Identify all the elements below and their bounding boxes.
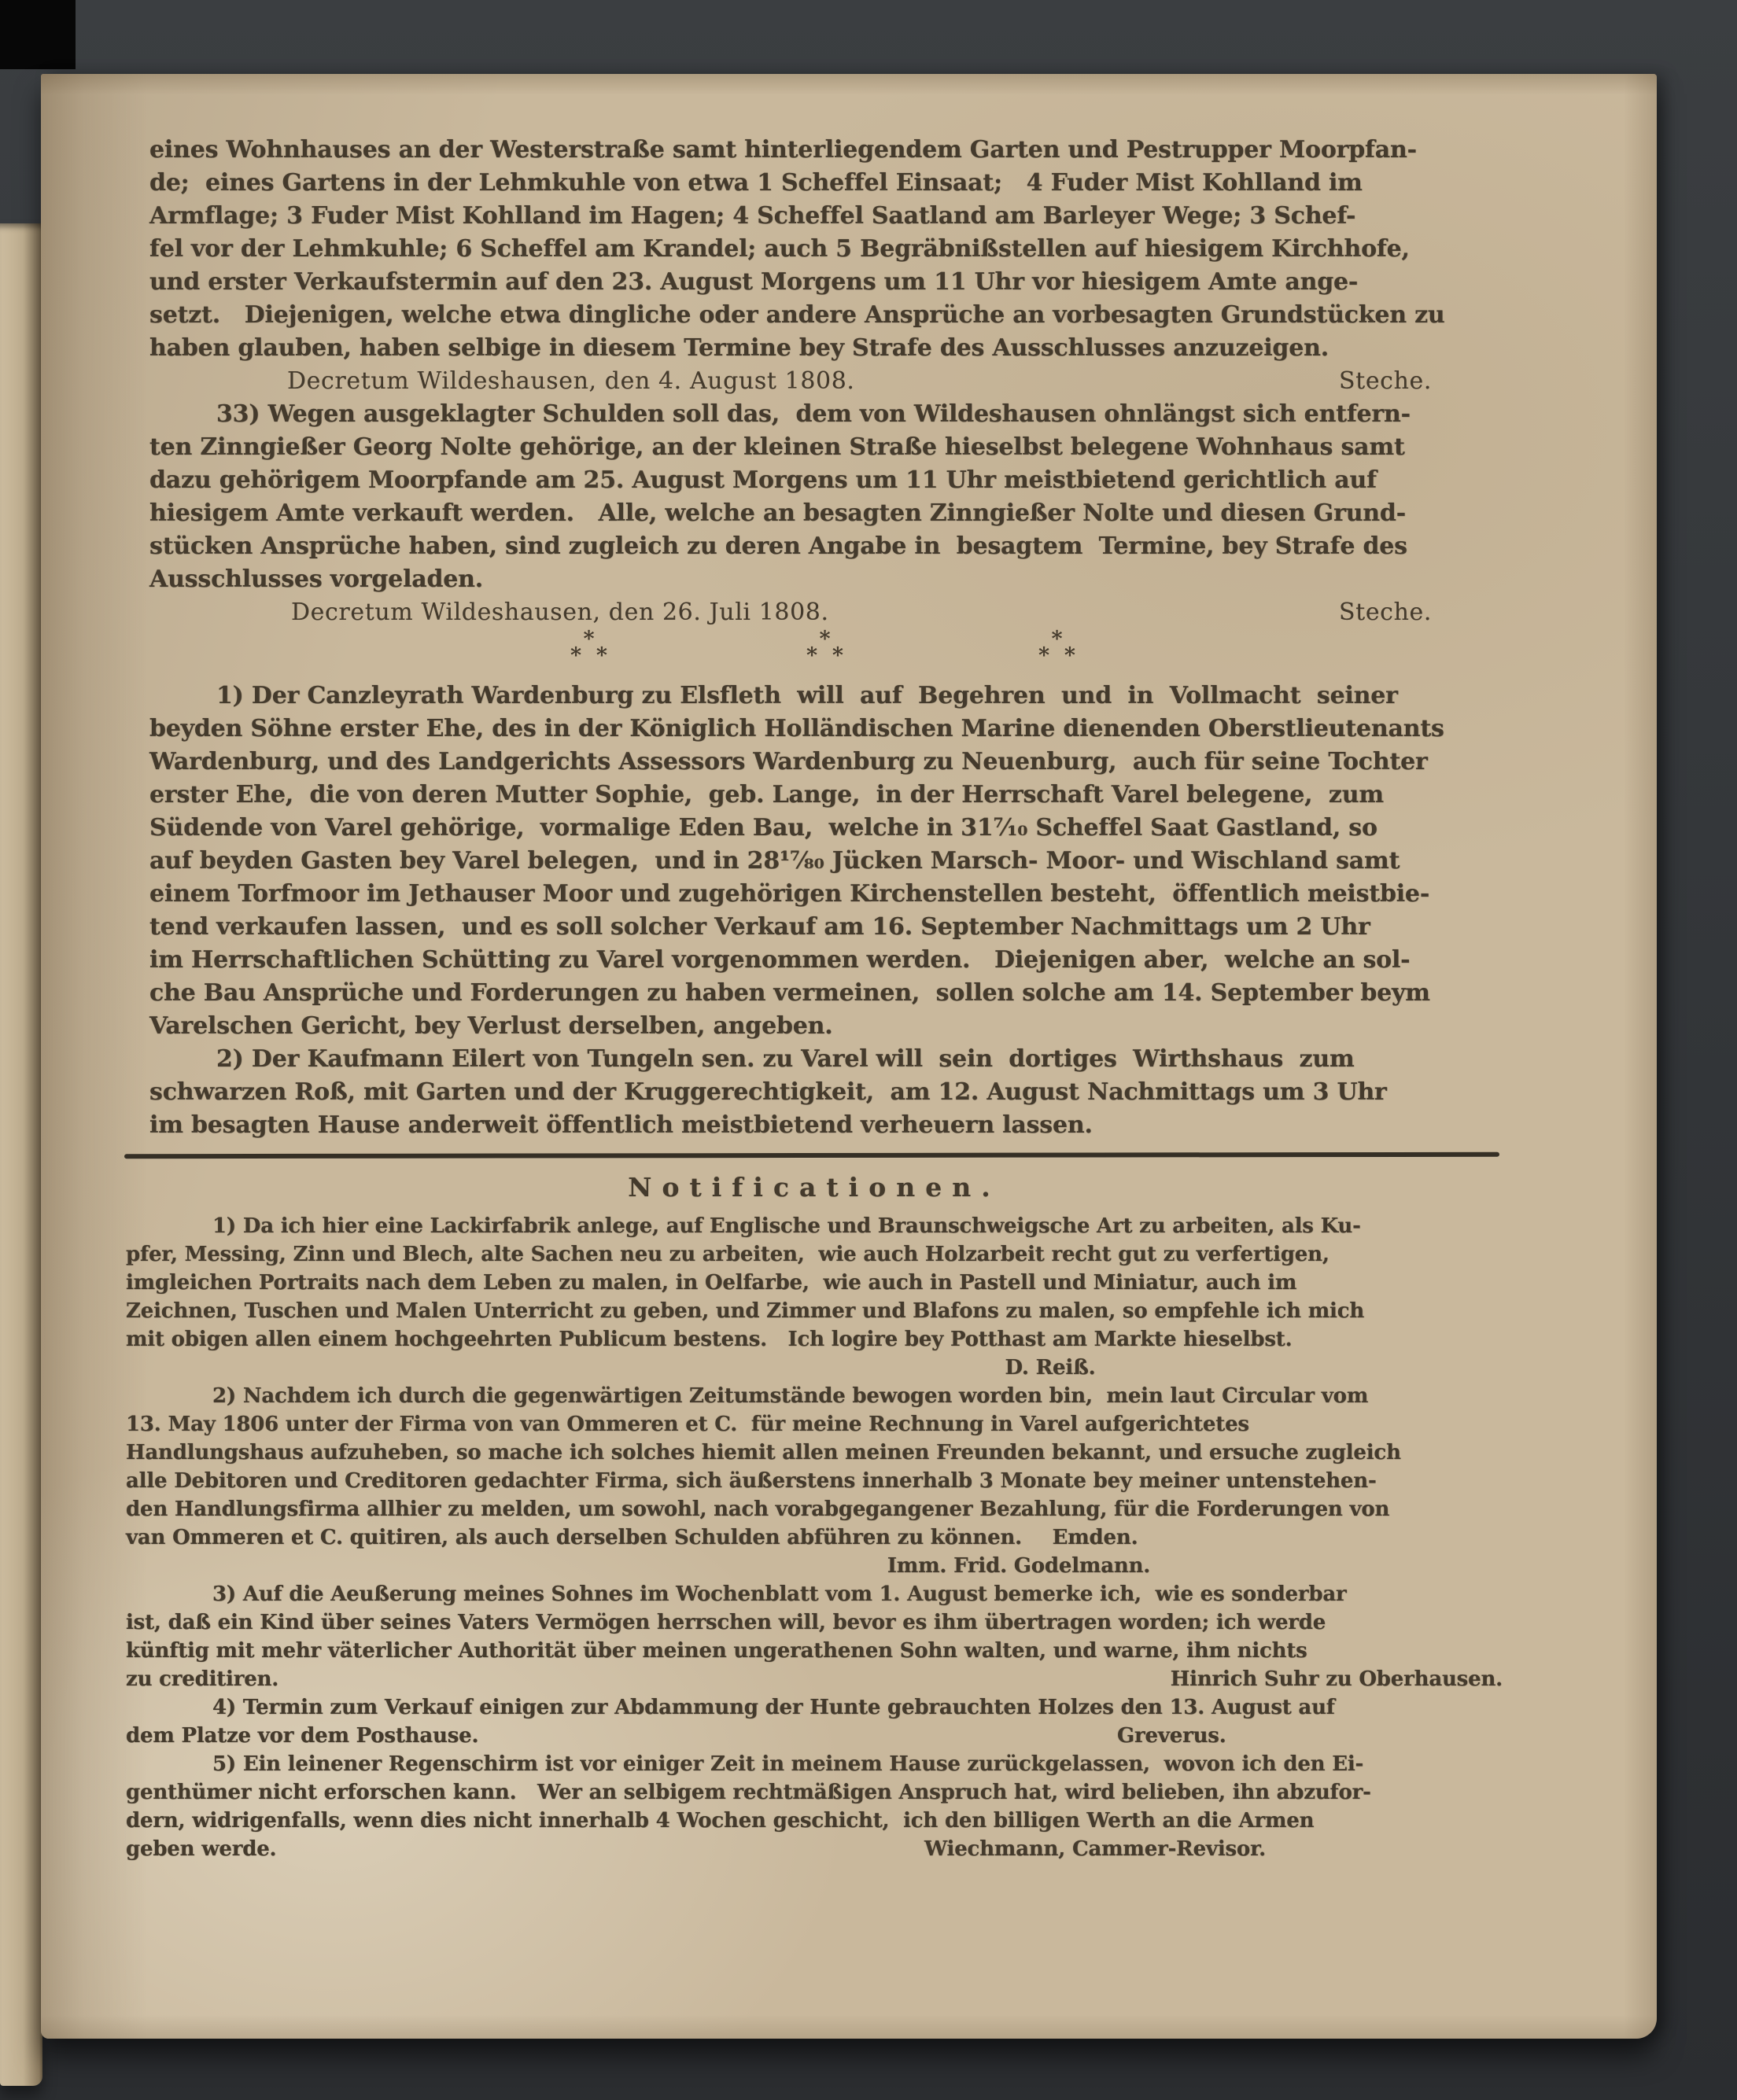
notifications-section-line: 2) Nachdem ich durch die gegenwärtigen Z…: [126, 1382, 1589, 1410]
decree-section-1-line: hiesigem Amte verkauft werden. Alle, wel…: [149, 497, 1479, 530]
decree-section-1-line: 33) Wegen ausgeklagter Schulden soll das…: [149, 398, 1479, 431]
notifications-section-line: 13. May 1806 unter der Firma von van Omm…: [126, 1410, 1503, 1439]
notifications-section-line: genthümer nicht erforschen kann. Wer an …: [126, 1778, 1503, 1807]
decree-section-1-line: haben glauben, haben selbige in diesem T…: [149, 332, 1479, 365]
asterism-icon: ** *: [570, 631, 607, 664]
decree-section-1-line: fel vor der Lehmkuhle; 6 Scheffel am Kra…: [149, 233, 1479, 266]
decree-section-1-line: Decretum Wildeshausen, den 26. Juli 1808…: [149, 596, 1479, 629]
decree-section-1-line: Armflage; 3 Fuder Mist Kohlland im Hagen…: [149, 200, 1479, 233]
notifications-section-line: den Handlungsfirma allhier zu melden, um…: [126, 1495, 1503, 1523]
decree-section-1-line: de; eines Gartens in der Lehmkuhle von e…: [149, 167, 1479, 200]
decree-section-2-line: tend verkaufen lassen, und es soll solch…: [149, 911, 1479, 944]
section-divider-rule: [124, 1152, 1499, 1159]
decree-section-2-line: auf beyden Gasten bey Varel belegen, und…: [149, 845, 1479, 878]
decree-section-2-line: beyden Söhne erster Ehe, des in der Köni…: [149, 713, 1479, 746]
signature-text: Hinrich Suhr zu Oberhausen.: [1171, 1665, 1503, 1693]
notifications-section-line: ist, daß ein Kind über seines Vaters Ver…: [126, 1608, 1503, 1637]
notifications-section-line: künftig mit mehr väterlicher Authorität …: [126, 1637, 1503, 1665]
decree-section-1-line: setzt. Diejenigen, welche etwa dingliche…: [149, 299, 1479, 332]
decree-section-2-line: erster Ehe, die von deren Mutter Sophie,…: [149, 779, 1479, 812]
black-corner-tab: [0, 0, 76, 69]
decree-section-1-line: und erster Verkaufstermin auf den 23. Au…: [149, 266, 1479, 299]
decree-section-2-line: 2) Der Kaufmann Eilert von Tungeln sen. …: [149, 1043, 1479, 1076]
decree-section-1-line: stücken Ansprüche haben, sind zugleich z…: [149, 530, 1479, 563]
notifications-section-line: Imm. Frid. Godelmann.: [330, 1552, 1707, 1580]
decree-section-1-line: Decretum Wildeshausen, den 4. August 180…: [149, 365, 1479, 398]
notifications-section-line: 1) Da ich hier eine Lackirfabrik anlege,…: [126, 1212, 1589, 1240]
decree-section-2-line: im Herrschaftlichen Schütting zu Varel v…: [149, 944, 1479, 977]
notifications-section-line: pfer, Messing, Zinn und Blech, alte Sach…: [126, 1240, 1503, 1269]
asterism-icon: ** *: [1038, 631, 1075, 664]
notifications-section-line: van Ommeren et C. quitiren, als auch der…: [126, 1523, 1503, 1552]
notifications-section-line: zu creditiren.Hinrich Suhr zu Oberhausen…: [126, 1665, 1503, 1693]
decree-section-1-line: eines Wohnhauses an der Westerstraße sam…: [149, 134, 1479, 167]
decree-section-2-line: schwarzen Roß, mit Garten und der Krugge…: [149, 1076, 1479, 1109]
asterism-icon: ** *: [806, 631, 843, 664]
notifications-section-line: 5) Ein leinener Regenschirm ist vor eini…: [126, 1750, 1589, 1778]
asterism-separator: ** *** *** *: [149, 629, 1479, 680]
notifications-section-line: dem Platze vor dem Posthause.Greverus.: [126, 1722, 1503, 1750]
notifications-section-line: alle Debitoren und Creditoren gedachter …: [126, 1467, 1503, 1495]
notifications-section-line: D. Reiß.: [362, 1354, 1737, 1382]
decree-section-2-line: 1) Der Canzleyrath Wardenburg zu Elsflet…: [149, 680, 1479, 713]
signature-text: Steche.: [1339, 596, 1479, 629]
decree-section-2-line: Wardenburg, und des Landgerichts Assesso…: [149, 746, 1479, 779]
notifications-section-line: dern, widrigenfalls, wenn dies nicht inn…: [126, 1807, 1503, 1835]
notifications-header: Notificationen.: [149, 1172, 1479, 1203]
document-page: eines Wohnhauses an der Westerstraße sam…: [41, 74, 1657, 2039]
line-text: zu creditiren.: [126, 1665, 278, 1693]
decree-section-1-line: dazu gehörigem Moorpfande am 25. August …: [149, 464, 1479, 497]
notifications-section-line: 4) Termin zum Verkauf einigen zur Abdamm…: [126, 1693, 1589, 1722]
line-text: Decretum Wildeshausen, den 4. August 180…: [287, 365, 855, 398]
decree-section-2-line: che Bau Ansprüche und Forderungen zu hab…: [149, 977, 1479, 1010]
decree-section-1-line: Ausschlusses vorgeladen.: [149, 563, 1479, 596]
signature-text: Greverus.: [1117, 1722, 1226, 1750]
notifications-section-line: geben werde.Wiechmann, Cammer-Revisor.: [126, 1835, 1503, 1863]
notifications-section-line: 3) Auf die Aeußerung meines Sohnes im Wo…: [126, 1580, 1589, 1608]
line-text: Decretum Wildeshausen, den 26. Juli 1808…: [291, 596, 829, 629]
notifications-section-line: imgleichen Portraits nach dem Leben zu m…: [126, 1269, 1503, 1297]
notifications-section-line: mit obigen allen einem hochgeehrten Publ…: [126, 1325, 1503, 1354]
decree-section-2-line: einem Torfmoor im Jethauser Moor und zug…: [149, 878, 1479, 911]
decree-section-1-line: ten Zinngießer Georg Nolte gehörige, an …: [149, 431, 1479, 464]
notifications-section-line: Handlungshaus aufzuheben, so mache ich s…: [126, 1439, 1503, 1467]
decree-section-2-line: im besagten Hause anderweit öffentlich m…: [149, 1109, 1479, 1142]
underlying-page-edge: [0, 223, 42, 2086]
signature-text: Wiechmann, Cammer-Revisor.: [924, 1835, 1266, 1863]
scan-background: { "meta": { "background_color": "#34373a…: [0, 0, 1737, 2100]
decree-section-2-line: Varelschen Gericht, bey Verlust derselbe…: [149, 1010, 1479, 1043]
notifications-section-line: Zeichnen, Tuschen und Malen Unterricht z…: [126, 1297, 1503, 1325]
signature-text: Steche.: [1339, 365, 1479, 398]
decree-section-2-line: Südende von Varel gehörige, vormalige Ed…: [149, 812, 1479, 845]
page-text: eines Wohnhauses an der Westerstraße sam…: [149, 134, 1479, 1863]
